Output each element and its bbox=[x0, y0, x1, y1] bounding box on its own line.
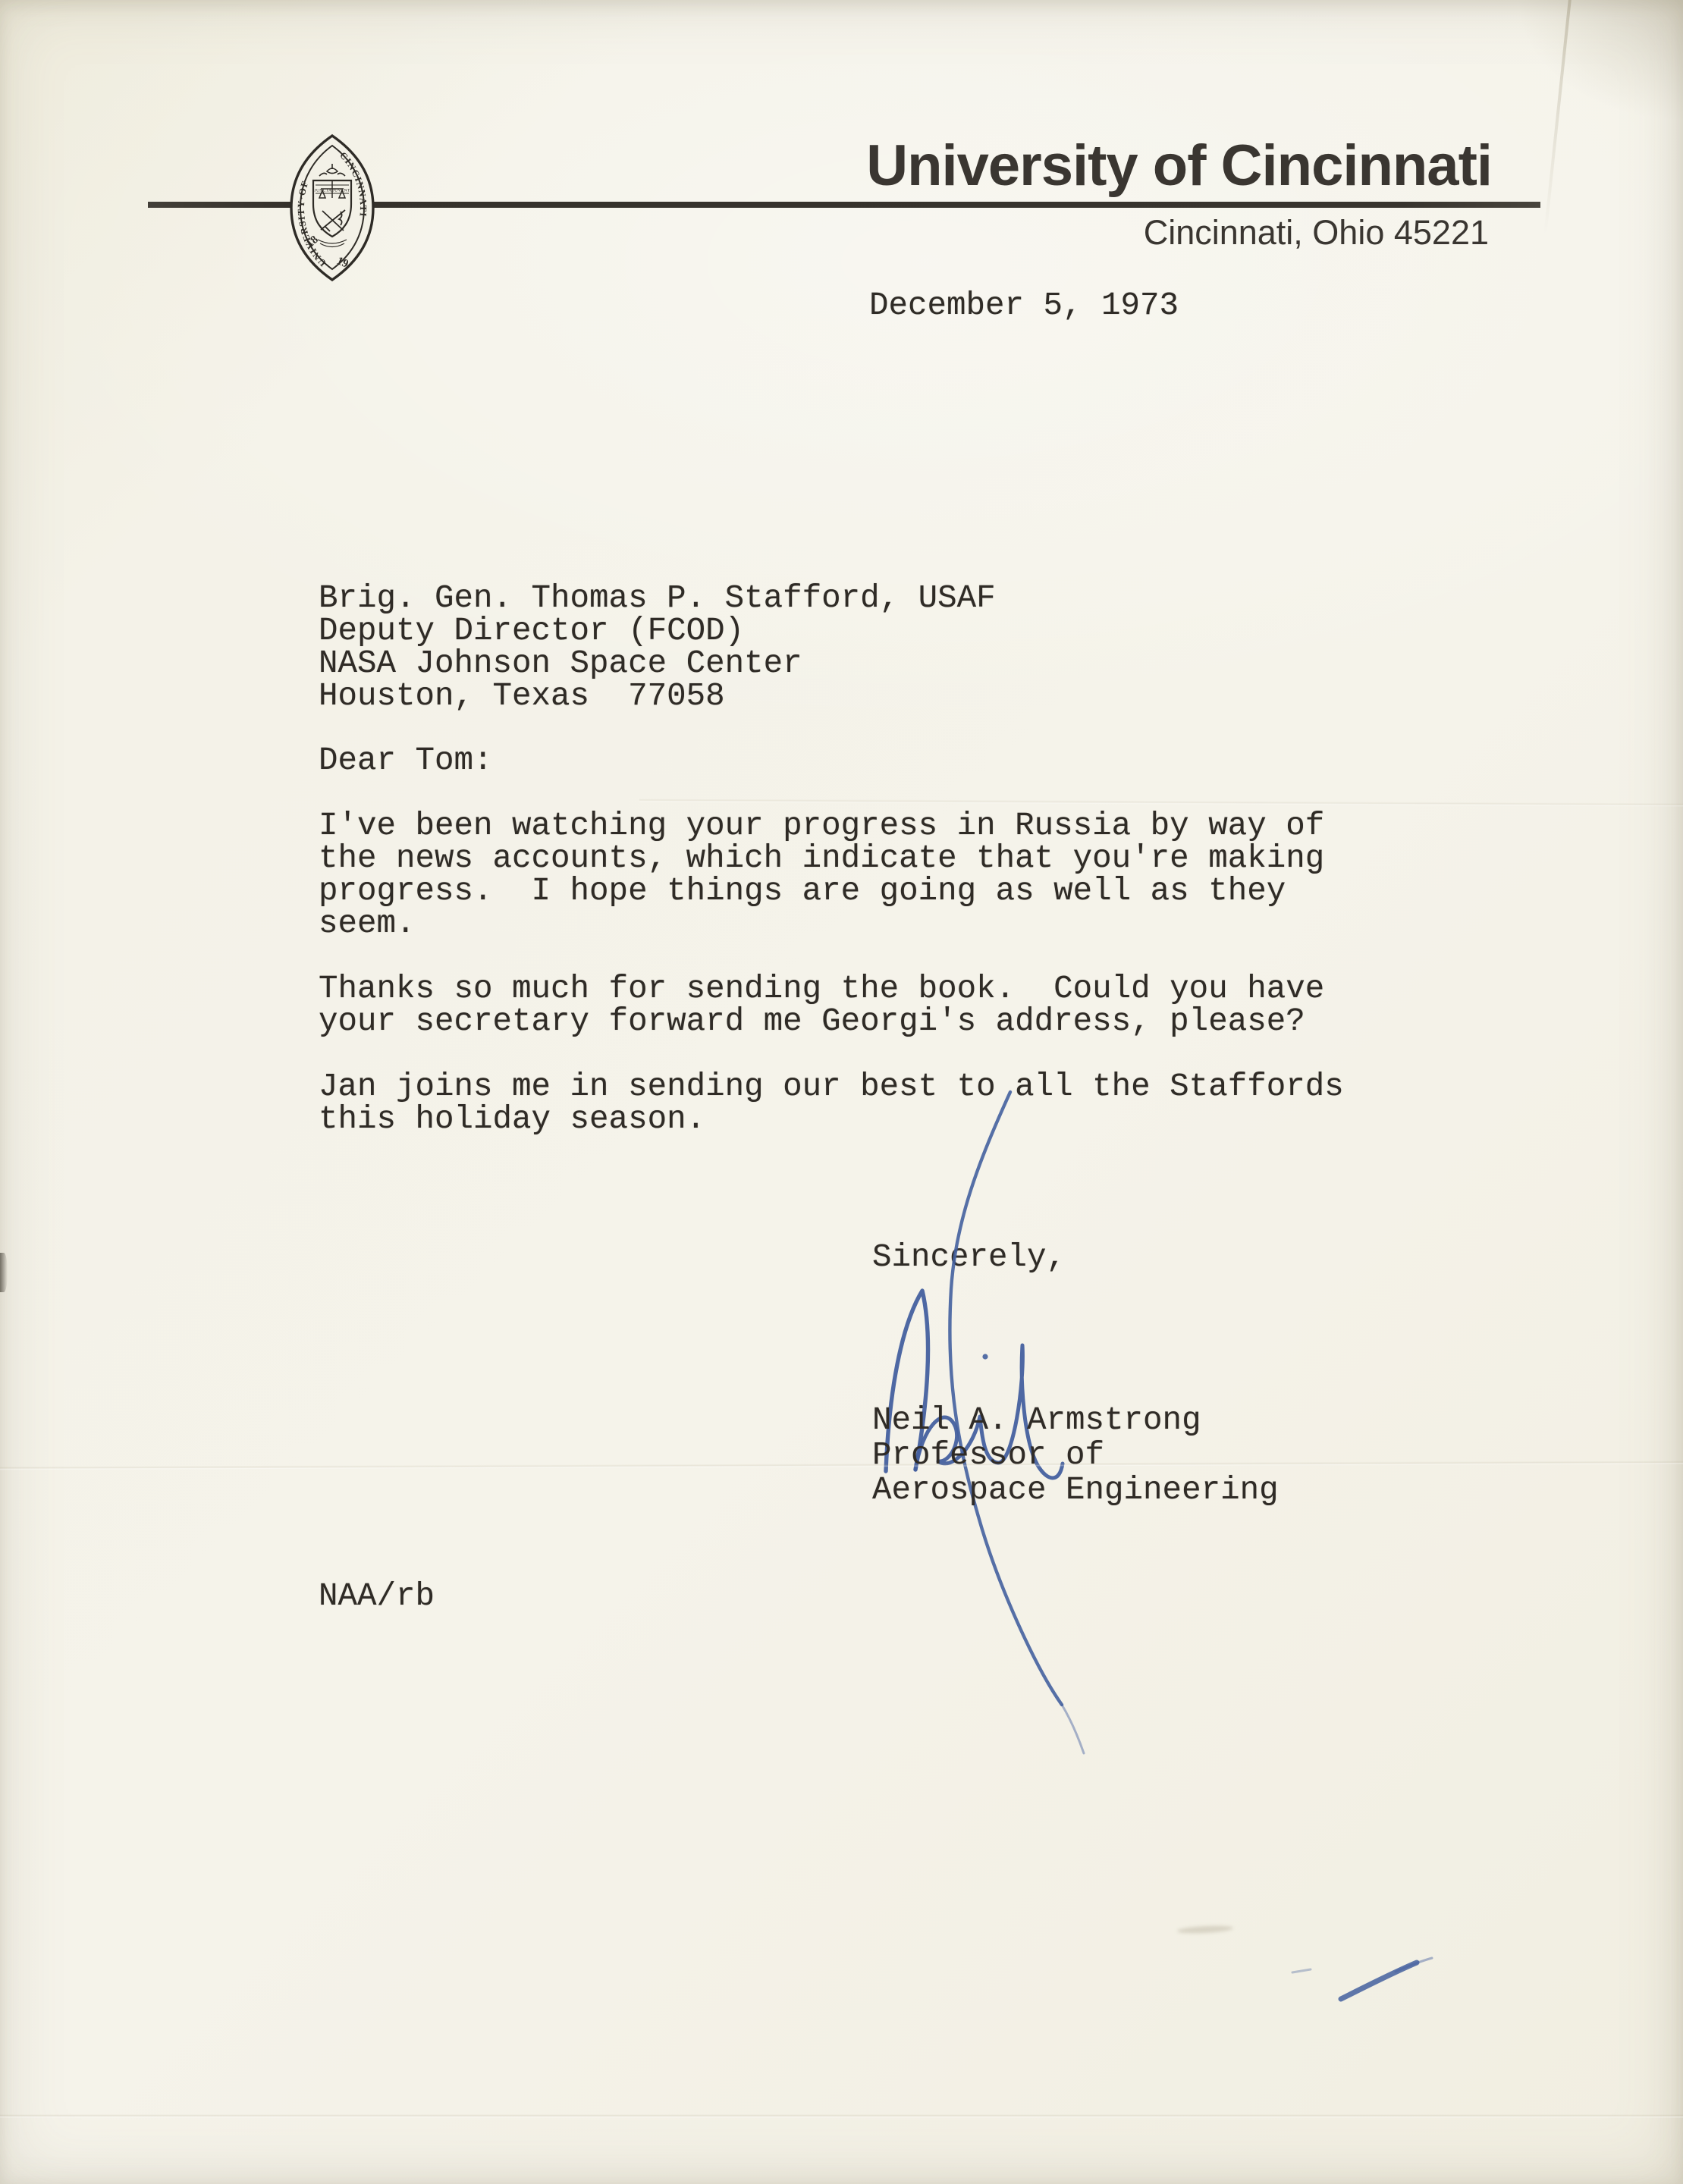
paper-edge-mark bbox=[0, 1253, 8, 1292]
recipient-line: Deputy Director (FCOD) bbox=[319, 614, 744, 649]
body-line: seem. bbox=[319, 907, 416, 942]
body-line: I've been watching your progress in Russ… bbox=[319, 809, 1324, 844]
scanned-letter-page: University of Cincinnati Cincinnati, Ohi… bbox=[0, 0, 1683, 2184]
body-line: progress. I hope things are going as wel… bbox=[319, 874, 1286, 909]
letterhead-city-zip: Cincinnati, Ohio 45221 bbox=[1144, 215, 1489, 249]
salutation: Dear Tom: bbox=[319, 744, 493, 779]
body-line: your secretary forward me Georgi's addre… bbox=[319, 1005, 1305, 1040]
pen-dash-mark bbox=[1274, 1941, 1441, 2017]
body-line: Thanks so much for sending the book. Cou… bbox=[319, 972, 1324, 1007]
body-line: this holiday season. bbox=[319, 1103, 705, 1137]
pen-stroke-tail bbox=[950, 1092, 1062, 1705]
signer-title: Professor of bbox=[872, 1439, 1104, 1473]
letterhead-university-name: University of Cincinnati bbox=[866, 137, 1492, 195]
signer-name: Neil A. Armstrong bbox=[872, 1404, 1201, 1439]
pen-stroke-tail-fade bbox=[1062, 1705, 1084, 1753]
paper-corner-shadow bbox=[1516, 0, 1683, 121]
reference-initials: NAA/rb bbox=[319, 1580, 435, 1614]
paper-smudge bbox=[1177, 1925, 1233, 1935]
signature-i-dot bbox=[982, 1354, 988, 1359]
recipient-line: NASA Johnson Space Center bbox=[319, 647, 802, 682]
body-line: the news accounts, which indicate that y… bbox=[319, 842, 1324, 877]
recipient-line: Brig. Gen. Thomas P. Stafford, USAF bbox=[319, 582, 996, 617]
paper-crease bbox=[639, 799, 1683, 807]
paper-fold-line bbox=[1543, 0, 1572, 234]
paper-crease bbox=[0, 2114, 1683, 2118]
signer-dept: Aerospace Engineering bbox=[872, 1473, 1279, 1508]
date-line: December 5, 1973 bbox=[869, 289, 1179, 324]
recipient-line: Houston, Texas 77058 bbox=[319, 679, 725, 714]
university-seal-icon: UNIVERSITY·OF ·CINCINNATI JUNCTA JUVANT … bbox=[283, 133, 382, 283]
